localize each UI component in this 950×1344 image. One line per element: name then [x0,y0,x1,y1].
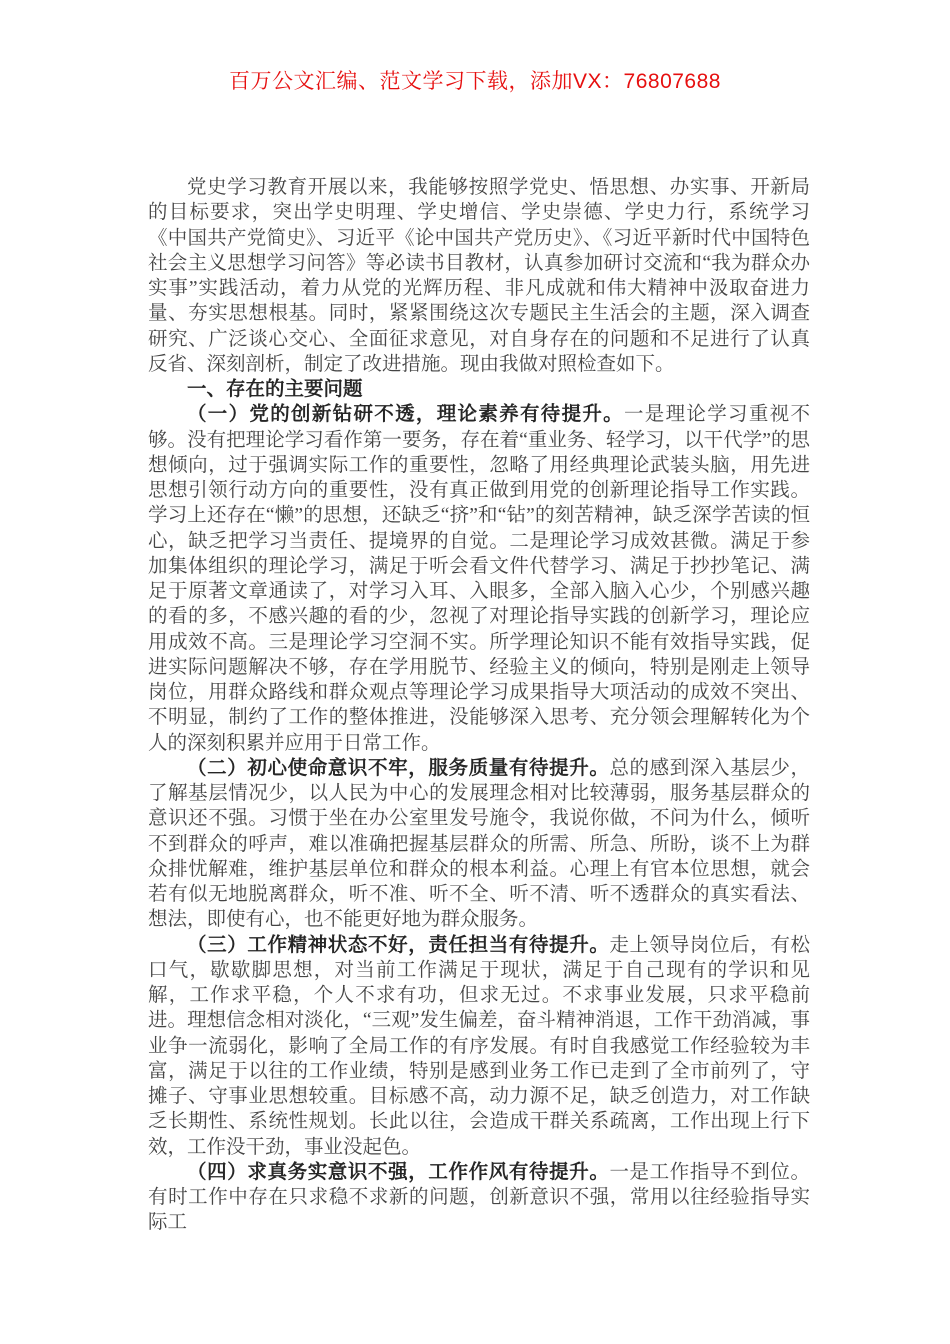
section-title: 一、存在的主要问题 [148,377,810,402]
promo-banner: 百万公文汇编、范文学习下载，添加VX：76807688 [0,0,950,94]
document-page: 百万公文汇编、范文学习下载，添加VX：76807688 党史学习教育开展以来，我… [0,0,950,1344]
issue-paragraph-3: （三）工作精神状态不好，责任担当有待提升。走上领导岗位后，有松口气，歇歇脚思想，… [148,933,810,1160]
issue-2-lead: （二）初心使命意识不牢，服务质量有待提升。 [187,757,609,779]
issue-3-body: 走上领导岗位后，有松口气，歇歇脚思想，对当前工作满足于现状，满足于自己现有的学识… [148,935,810,1158]
issue-2-body: 总的感到深入基层少，了解基层情况少，以人民为中心的发展理念相对比较薄弱，服务基层… [148,758,810,931]
issue-4-lead: （四）求真务实意识不强，工作作风有待提升。 [187,1161,609,1183]
issue-1-body: 一是理论学习重视不够。没有把理论学习看作第一要务，存在着“重业务、轻学习，以干代… [148,404,810,753]
issue-1-lead: （一）党的创新钻研不透，理论素养有待提升。 [187,403,624,425]
intro-paragraph: 党史学习教育开展以来，我能够按照学党史、悟思想、办实事、开新局的目标要求，突出学… [148,175,810,377]
promo-banner-text: 百万公文汇编、范文学习下载，添加VX：76807688 [229,70,721,93]
document-body: 党史学习教育开展以来，我能够按照学党史、悟思想、办实事、开新局的目标要求，突出学… [148,175,810,1236]
issue-paragraph-1: （一）党的创新钻研不透，理论素养有待提升。一是理论学习重视不够。没有把理论学习看… [148,402,810,756]
issue-paragraph-2: （二）初心使命意识不牢，服务质量有待提升。总的感到深入基层少，了解基层情况少，以… [148,756,810,933]
issue-paragraph-4: （四）求真务实意识不强，工作作风有待提升。一是工作指导不到位。有时工作中存在只求… [148,1160,810,1236]
issue-3-lead: （三）工作精神状态不好，责任担当有待提升。 [187,934,609,956]
